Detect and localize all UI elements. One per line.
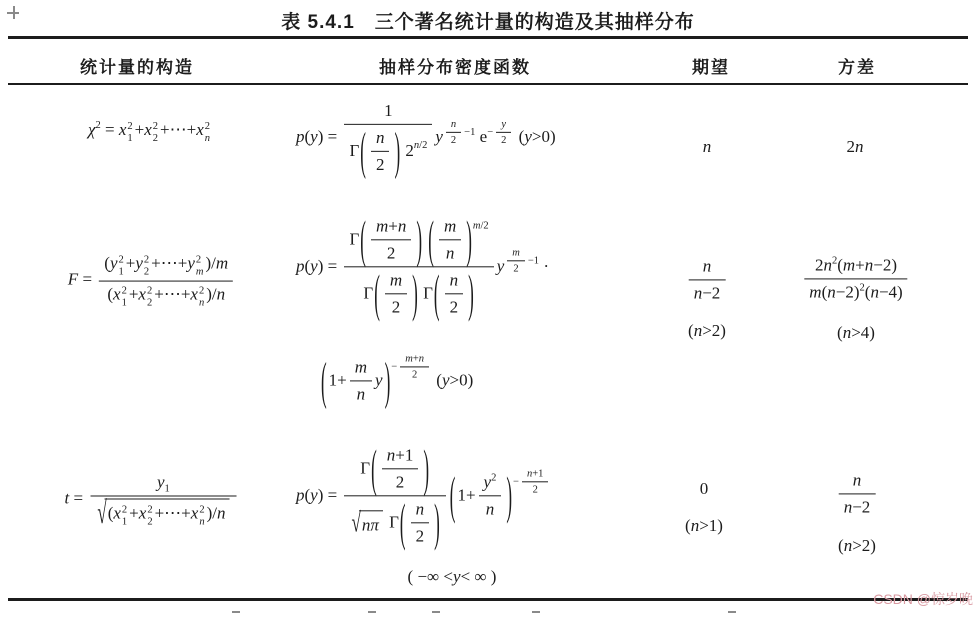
f-density-line2: (1+mny)−m+n2 (y>0) (320, 356, 473, 405)
t-mean-condition: (n>1) (685, 515, 723, 537)
chi-square-mean: n (703, 136, 712, 158)
t-variance-condition: (n>2) (838, 535, 876, 557)
header-statistic-construction: 统计量的构造 (80, 53, 194, 78)
f-statistic: F = (y21+y22+⋯+y2m)/m(x21+x22+⋯+x2n)/n (68, 253, 236, 310)
rule-top (8, 36, 968, 39)
t-variance: nn−2 (836, 469, 879, 518)
f-variance-condition: (n>4) (837, 322, 875, 344)
chi-square-variance: 2n (847, 136, 864, 158)
chi-square-statistic: χ2 = x21+x22+⋯+x2n (88, 119, 212, 145)
f-variance: 2n2(m+n−2)m(n−2)2(n−4) (801, 254, 910, 303)
header-expectation: 期望 (692, 53, 730, 78)
header-variance: 方差 (838, 53, 876, 78)
scan-artifact (728, 611, 736, 613)
scan-artifact (532, 611, 540, 613)
t-density-range: ( −∞ <y< ∞ ) (408, 566, 497, 588)
scan-artifact (432, 611, 440, 613)
rule-header (8, 83, 968, 85)
f-mean-condition: (n>2) (688, 320, 726, 342)
scan-artifact (232, 611, 240, 613)
f-mean: nn−2 (686, 255, 729, 304)
csdn-watermark: CSDN @惊岁晚 (873, 589, 973, 609)
table-title: 表 5.4.1 三个著名统计量的构造及其抽样分布 (0, 7, 976, 34)
t-density: p(y) = Γ(n+12)√nπ Γ(n2)(1+y2n)−n+12 (296, 444, 551, 547)
t-statistic: t = y1√(x21+x22+⋯+x2n)/n (65, 471, 240, 528)
rule-bottom (8, 598, 968, 601)
scan-artifact (368, 611, 376, 613)
f-density-line1: p(y) = Γ(m+n2) (mn)m/2Γ(m2) Γ(n2)ym2−1 · (296, 215, 549, 318)
chi-square-density: p(y) = 1Γ(n2) 2n/2yn2−1 e−y2 (y>0) (296, 100, 556, 176)
header-density-function: 抽样分布密度函数 (379, 53, 531, 78)
t-mean: 0 (700, 478, 709, 500)
textbook-page: 表 5.4.1 三个著名统计量的构造及其抽样分布 统计量的构造 抽样分布密度函数… (0, 0, 976, 617)
